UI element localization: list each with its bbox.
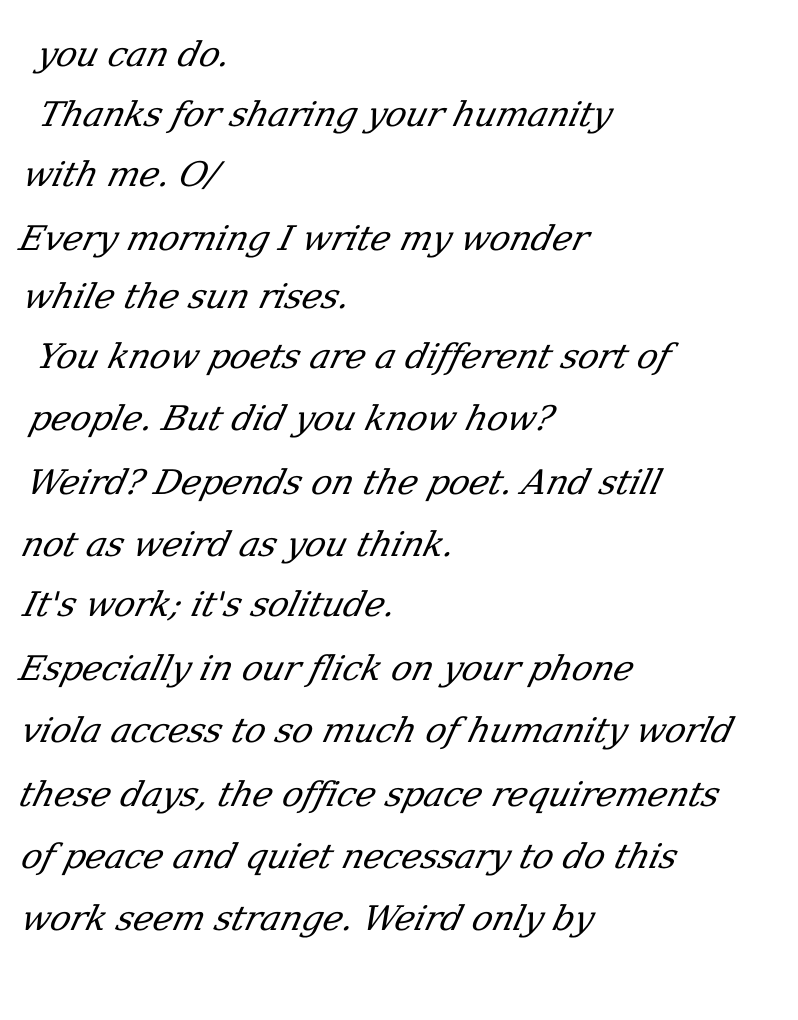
text-line: people. But did you know how?: [26, 402, 558, 436]
text-line: of peace and quiet necessary to do this: [18, 840, 681, 874]
text-line: You know poets are a different sort of: [34, 340, 674, 374]
text-line: while the sun rises.: [20, 280, 354, 314]
text-line: work seem strange. Weird only by: [18, 902, 598, 936]
text-line: Especially in our flick on your phone: [16, 652, 638, 686]
text-line: It's work; it's solitude.: [20, 588, 399, 622]
text-line: these days, the office space requirement…: [16, 778, 723, 812]
text-line: with me. O/: [20, 158, 223, 192]
text-line: you can do.: [34, 38, 234, 72]
text-line: Thanks for sharing your humanity: [36, 98, 616, 132]
text-line: Every morning I write my wonder: [16, 222, 593, 256]
text-line: Weird? Depends on the poet. And still: [24, 466, 665, 500]
handwritten-page: you can do. Thanks for sharing your huma…: [0, 0, 798, 1020]
text-line: not as weird as you think.: [18, 528, 458, 562]
text-line: viola access to so much of humanity worl…: [18, 714, 737, 748]
